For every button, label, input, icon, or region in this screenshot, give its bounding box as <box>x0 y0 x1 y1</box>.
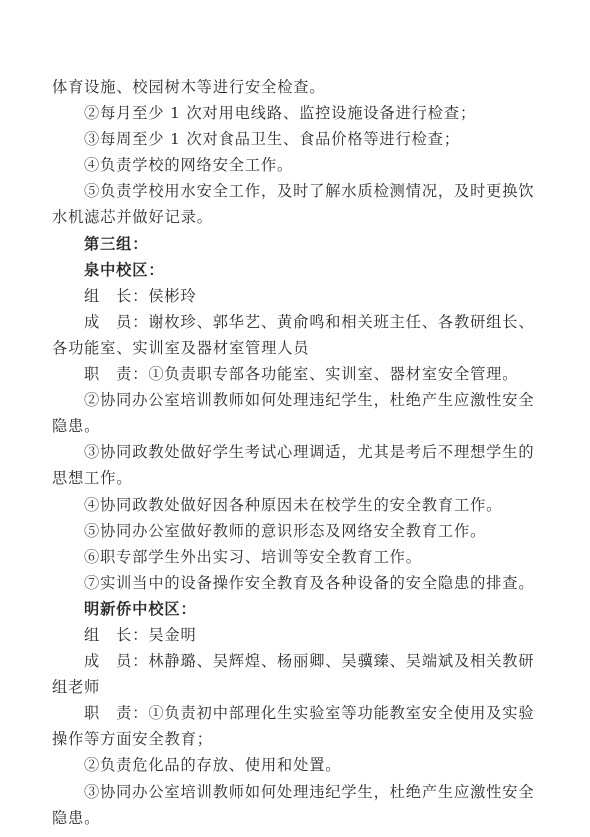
text-line: 组老师 <box>52 674 532 700</box>
group-leader-line: 组 长：侯彬玲 <box>52 283 532 309</box>
text-line: ③每周至少 1 次对食品卫生、食品价格等进行检查； <box>52 126 532 152</box>
text-line: ②负责危化品的存放、使用和处置。 <box>52 752 532 778</box>
text-line: 水机滤芯并做好记录。 <box>52 204 532 230</box>
text-line: 操作等方面安全教育； <box>52 726 532 752</box>
text-line: 隐患。 <box>52 805 532 831</box>
text-line: ④负责学校的网络安全工作。 <box>52 152 532 178</box>
text-line: 隐患。 <box>52 413 532 439</box>
group-leader-line: 组 长：吴金明 <box>52 622 532 648</box>
campus-heading: 泉中校区： <box>52 257 532 283</box>
text-line: ②每月至少 1 次对用电线路、监控设施设备进行检查； <box>52 100 532 126</box>
duties-line: 职 责：①负责初中部理化生实验室等功能教室安全使用及实验 <box>52 700 530 726</box>
group-members-line: 成 员：谢枚珍、郭华艺、黄俞鸣和相关班主任、各教研组长、 <box>52 309 530 335</box>
text-line: ④协同政教处做好因各种原因未在校学生的安全教育工作。 <box>52 492 532 518</box>
document-page: 体育设施、校园树木等进行安全检查。 ②每月至少 1 次对用电线路、监控设施设备进… <box>52 74 532 831</box>
text-line: ②协同办公室培训教师如何处理违纪学生，杜绝产生应激性安全 <box>52 387 530 413</box>
text-line: ③协同政教处做好学生考试心理调适，尤其是考后不理想学生的 <box>52 439 530 465</box>
group-members-line: 成 员：林静璐、吴辉煌、杨丽卿、吴骥臻、吴端斌及相关教研 <box>52 648 530 674</box>
text-line: ⑦实训当中的设备操作安全教育及各种设备的安全隐患的排查。 <box>52 570 530 596</box>
duties-line: 职 责：①负责职专部各功能室、实训室、器材室安全管理。 <box>52 361 532 387</box>
text-line: ③协同办公室培训教师如何处理违纪学生，杜绝产生应激性安全 <box>52 779 530 805</box>
text-line: 思想工作。 <box>52 465 532 491</box>
text-line: ⑤协同办公室做好教师的意识形态及网络安全教育工作。 <box>52 518 532 544</box>
text-line: ⑤负责学校用水安全工作，及时了解水质检测情况，及时更换饮 <box>52 178 530 204</box>
text-line: ⑥职专部学生外出实习、培训等安全教育工作。 <box>52 544 532 570</box>
text-line: 各功能室、实训室及器材室管理人员 <box>52 335 532 361</box>
section-heading: 第三组： <box>52 231 532 257</box>
campus-heading: 明新侨中校区： <box>52 596 532 622</box>
text-line: 体育设施、校园树木等进行安全检查。 <box>52 74 532 100</box>
